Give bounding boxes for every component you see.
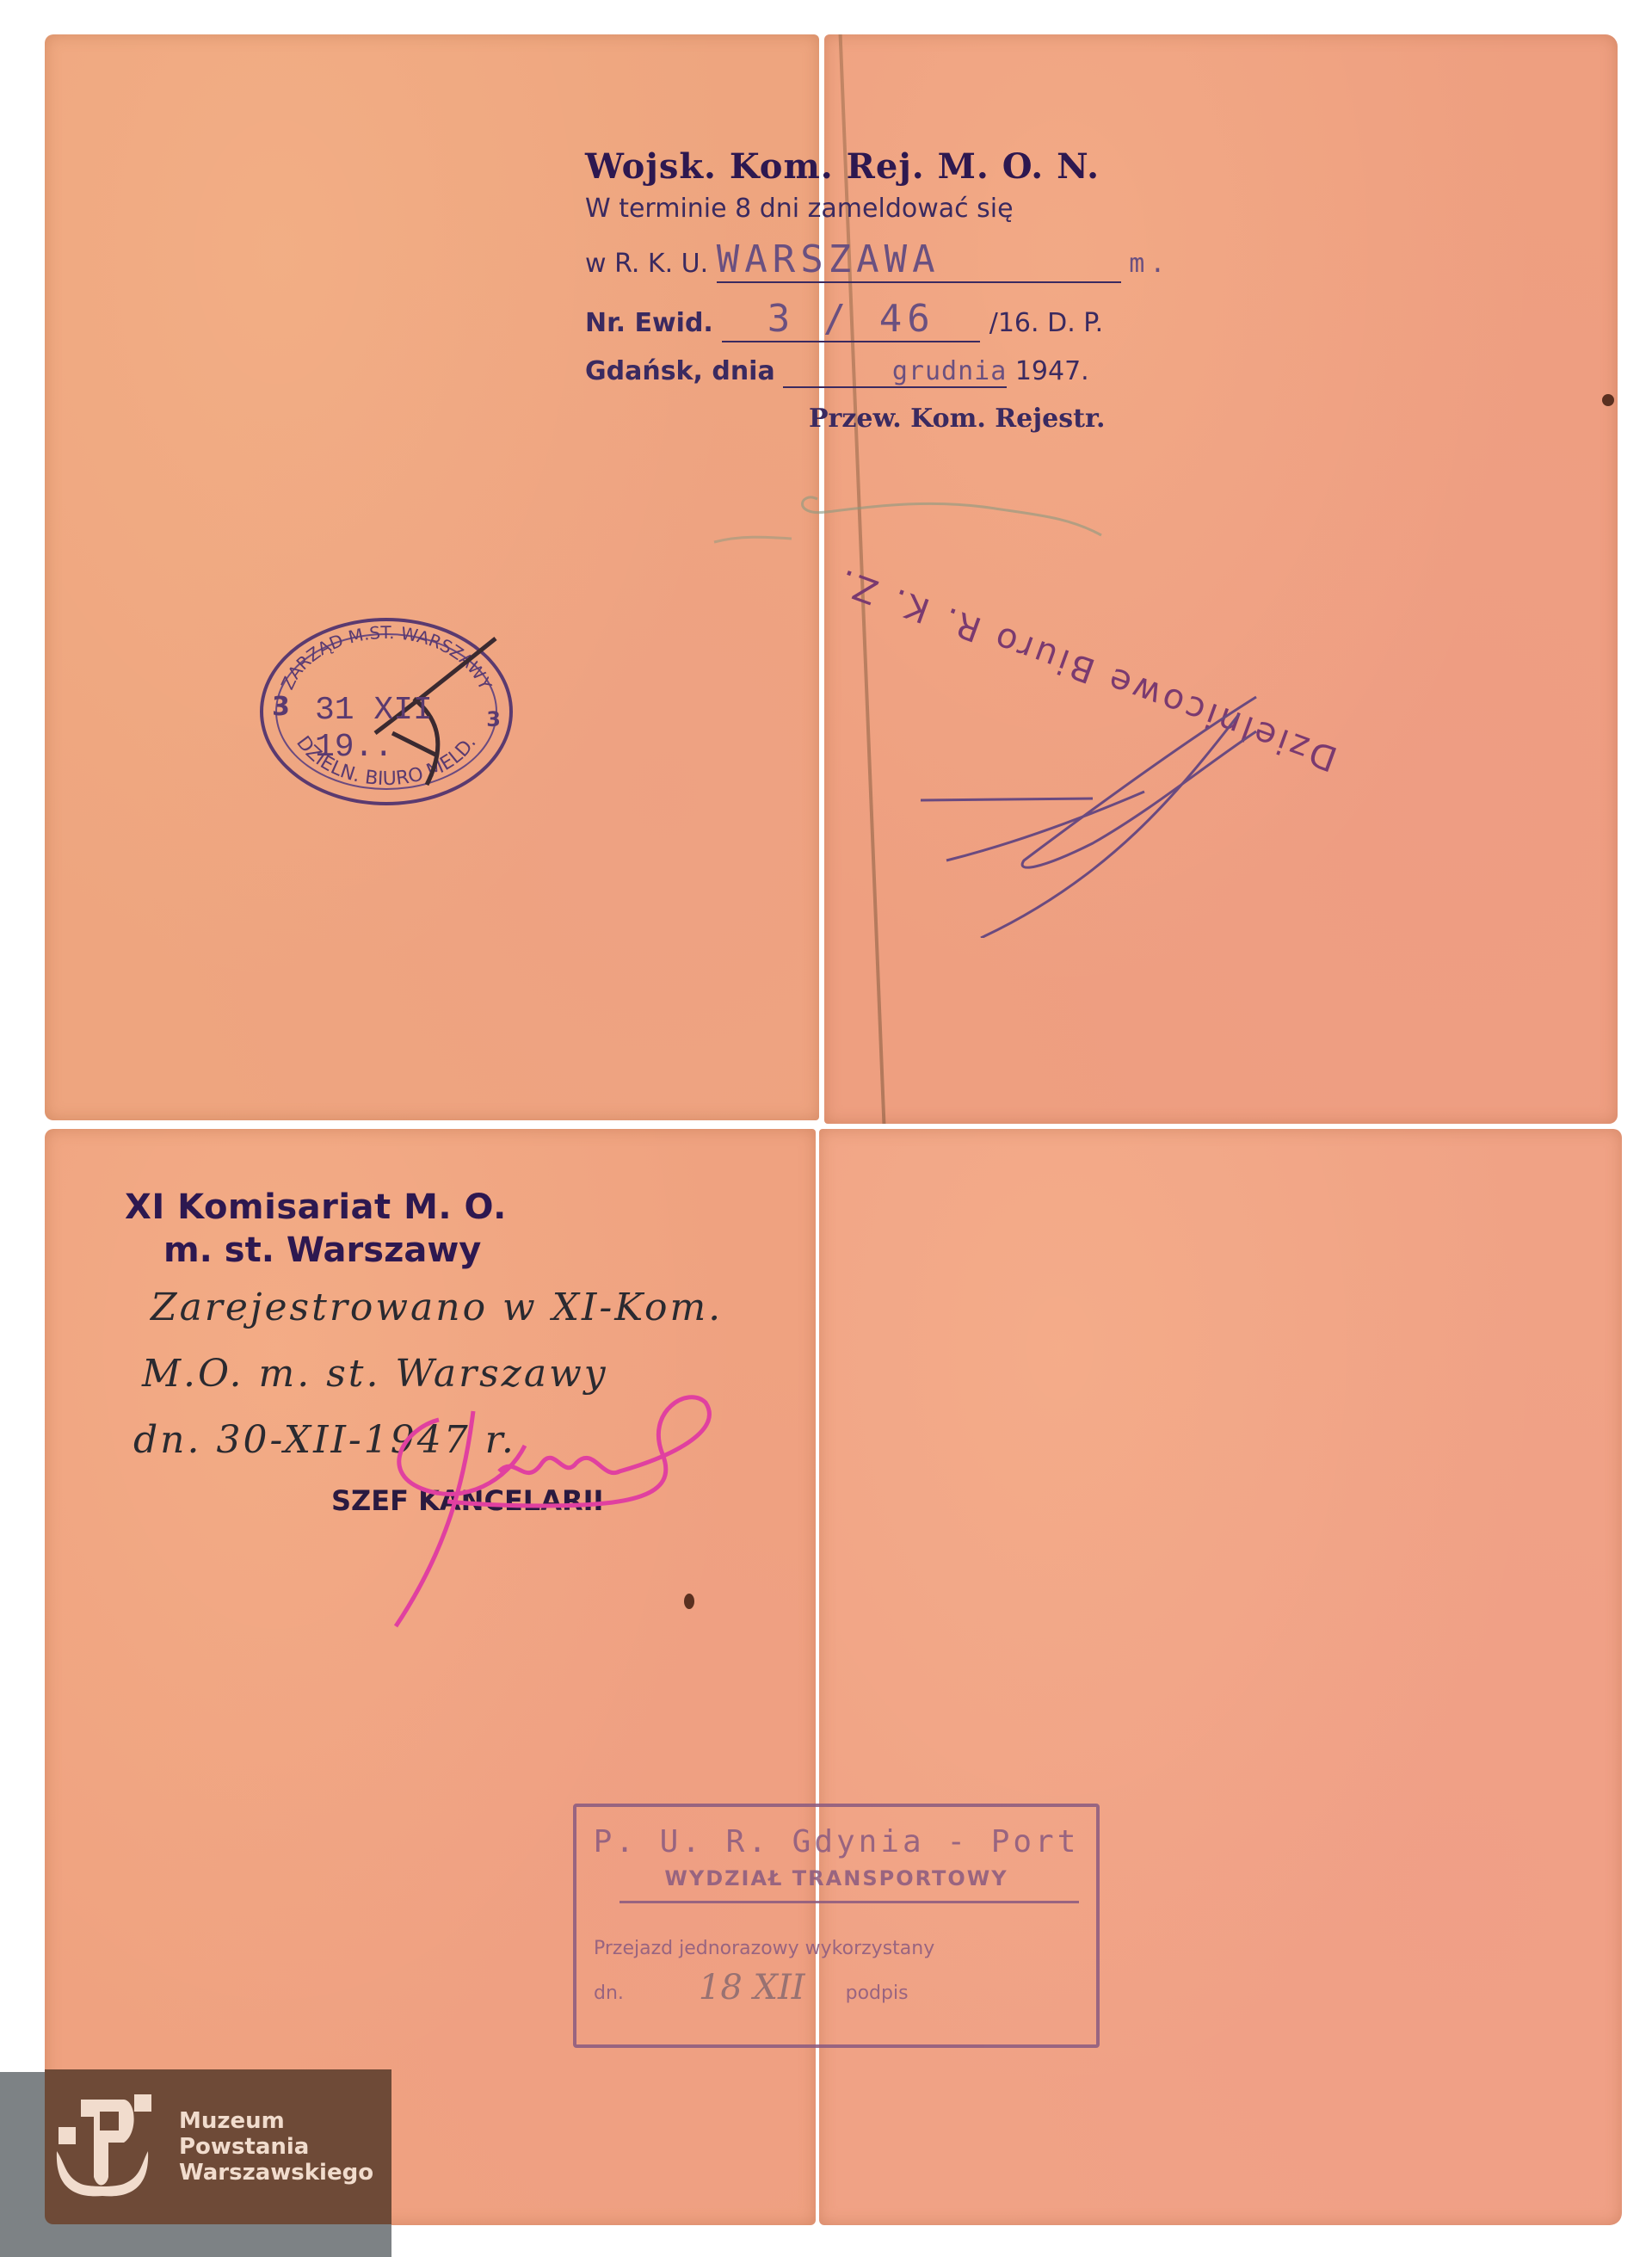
instruction-text: W terminie 8 dni zameldować się (585, 194, 1014, 224)
ewid-field: 3 / 46 (722, 297, 980, 342)
rku-suffix: m. (1129, 249, 1170, 279)
military-registration-stamp: Wojsk. Kom. Rej. M. O. N. W terminie 8 d… (585, 146, 1187, 434)
transport-date-row: dn. 18 XII podpis (594, 1968, 1096, 2007)
museum-name-line-2: Powstania (179, 2134, 373, 2160)
pencil-signature (706, 482, 1119, 551)
museum-logo: Muzeum Powstania Warszawskiego (45, 2069, 391, 2224)
date-value: grudnia (892, 356, 1007, 386)
signer-title: Przew. Kom. Rejestr. (809, 404, 1187, 434)
museum-name: Muzeum Powstania Warszawskiego (179, 2108, 373, 2186)
oval-right-number: 3 (486, 707, 501, 731)
pencil-signature-cross (895, 688, 1377, 938)
rku-value: WARSZAWA (717, 237, 940, 281)
ewid-value: 3 / 46 (767, 297, 935, 341)
handwritten-line-1: Zarejestrowano w XI-Kom. (151, 1286, 899, 1329)
year-value: 1947. (1015, 356, 1089, 386)
transport-department: WYDZIAŁ TRANSPORTOWY (576, 1866, 1096, 1890)
museum-name-line-3: Warszawskiego (179, 2160, 373, 2186)
place-label: Gdańsk, dnia (585, 356, 775, 386)
ewid-suffix: /16. D. P. (989, 308, 1103, 338)
rku-field: WARSZAWA (717, 237, 1121, 283)
date-field: grudnia (783, 356, 1007, 388)
handwritten-line-2: M.O. m. st. Warszawy (142, 1352, 899, 1396)
document-panel-bottom-right (819, 1129, 1622, 2225)
oval-date: 31 XII 19.. (315, 692, 509, 766)
transport-usage-text: Przejazd jednorazowy wykorzystany (594, 1938, 1096, 1959)
kotwica-anchor-icon (55, 2091, 158, 2203)
transport-stamp: P. U. R. Gdynia - Port WYDZIAŁ TRANSPORT… (573, 1804, 1100, 2048)
stamp-title: Wojsk. Kom. Rej. M. O. N. (585, 146, 1187, 187)
oval-registration-stamp: ZARZĄD M.ST. WARSZAWY DZIELN. BIURO MELD… (260, 618, 513, 805)
transport-stamp-title: P. U. R. Gdynia - Port (576, 1824, 1096, 1859)
signature-label: podpis (846, 1983, 909, 2004)
date-row: Gdańsk, dnia grudnia 1947. (585, 356, 1187, 388)
oval-left-number: 3 (272, 692, 290, 722)
stamp-instruction: W terminie 8 dni zameldować się (585, 194, 1187, 224)
rku-label: w R. K. U. (585, 249, 708, 279)
museum-name-line-1: Muzeum (179, 2108, 373, 2134)
transport-date: 18 XII (699, 1968, 805, 2007)
ink-spot (1602, 394, 1614, 406)
svg-text:ZARZĄD M.ST. WARSZAWY: ZARZĄD M.ST. WARSZAWY (277, 622, 496, 694)
ewid-label: Nr. Ewid. (585, 308, 713, 338)
commissariat-line: XI Komisariat M. O. (125, 1187, 899, 1227)
ink-spot (684, 1594, 694, 1609)
ewid-row: Nr. Ewid. 3 / 46 /16. D. P. (585, 297, 1187, 342)
city-line: m. st. Warszawy (163, 1230, 899, 1270)
date-prefix: dn. (594, 1983, 624, 2004)
rku-row: w R. K. U. WARSZAWA m. (585, 237, 1187, 283)
